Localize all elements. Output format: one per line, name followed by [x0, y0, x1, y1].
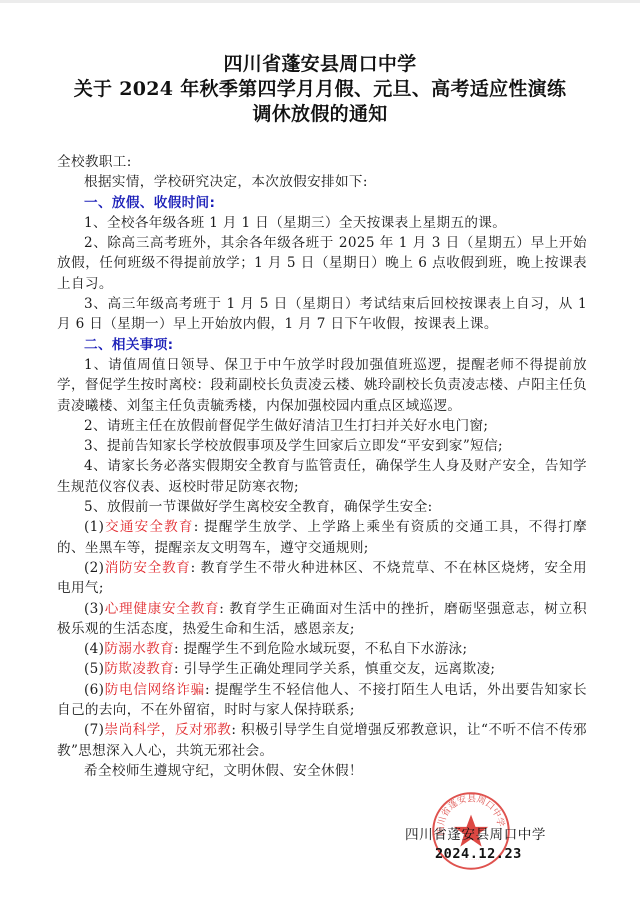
safety-num: (6) [84, 682, 104, 698]
safety-text: : 引导学生正确处理同学关系，慎重交友，远离欺凌; [174, 661, 495, 677]
safety-label: 交通安全教育 [104, 519, 193, 535]
safety-item: (7)崇尚科学，反对邪教: 积极引导学生自觉增强反邪教意识，让“不听不信不传邪教… [57, 720, 587, 761]
safety-item: (4)防溺水教育: 提醒学生不到危险水域玩耍，不私自下水游泳; [57, 639, 587, 659]
title-subject: 关于 2024 年秋季第四学月月假、元旦、高考适应性演练 [0, 77, 640, 102]
safety-label: 防欺凌教育 [104, 661, 174, 677]
safety-num: (3) [84, 601, 104, 617]
top-edge [0, 0, 640, 3]
safety-num: (4) [84, 641, 104, 657]
safety-item: (2)消防安全教育: 教育学生不带火种进林区、不烧荒草、不在林区烧烤，安全用电用… [57, 558, 587, 599]
section2-item: 1、请值周值日领导、保卫于中午放学时段加强值班巡逻，提醒老师不得提前放学，督促学… [57, 355, 587, 416]
title-notice: 调休放假的通知 [0, 102, 640, 127]
section1-item: 1、全校各年级各班 1 月 1 日（星期三）全天按课表上星期五的课。 [57, 213, 587, 233]
document-title: 四川省蓬安县周口中学 关于 2024 年秋季第四学月月假、元旦、高考适应性演练 … [0, 52, 640, 127]
section1-heading: 一、放假、收假时间: [57, 193, 587, 213]
section2-item: 2、请班主任在放假前督促学生做好清洁卫生打扫并关好水电门窗; [57, 416, 587, 436]
safety-item: (5)防欺凌教育: 引导学生正确处理同学关系，慎重交友，远离欺凌; [57, 659, 587, 679]
safety-item: (3)心理健康安全教育: 教育学生正确面对生活中的挫折，磨砺坚强意志，树立积极乐… [57, 599, 587, 640]
section2-item: 3、提前告知家长学校放假事项及学生回家后立即发“平安到家”短信; [57, 436, 587, 456]
title-school: 四川省蓬安县周口中学 [0, 52, 640, 77]
section2-item: 4、请家长务必落实假期安全教育与监管责任，确保学生人身及财产安全，告知学生规范仪… [57, 456, 587, 497]
safety-num: (2) [84, 560, 104, 576]
safety-label: 消防安全教育 [104, 560, 190, 576]
intro: 根据实情，学校研究决定，本次放假安排如下: [57, 172, 587, 192]
safety-label: 崇尚科学，反对邪教 [104, 722, 231, 738]
signature-org: 四川省蓬安县周口中学 [405, 823, 546, 843]
safety-text: : 提醒学生不到危险水域玩耍，不私自下水游泳; [174, 641, 467, 657]
safety-item: (6)防电信网络诈骗: 提醒学生不轻信他人、不接打陌生人电话，外出要告知家长自己… [57, 680, 587, 721]
safety-label: 防溺水教育 [104, 641, 174, 657]
safety-label: 防电信网络诈骗 [104, 682, 205, 698]
safety-label: 心理健康安全教育 [104, 601, 219, 617]
section2-heading: 二、相关事项: [57, 335, 587, 355]
section2-item: 5、放假前一节课做好学生离校安全教育，确保学生安全: [57, 497, 587, 517]
salutation: 全校教职工: [57, 152, 587, 172]
section1-item: 2、除高三高考班外，其余各年级各班于 2025 年 1 月 3 日（星期五）早上… [57, 233, 587, 294]
safety-num: (7) [84, 722, 104, 738]
safety-item: (1)交通安全教育: 提醒学生放学、上学路上乘坐有资质的交通工具，不得打摩的、坐… [57, 517, 587, 558]
safety-num: (1) [84, 519, 104, 535]
section1-item: 3、高三年级高考班于 1 月 5 日（星期日）考试结束后回校按课表上自习，从 1… [57, 294, 587, 335]
document-body: 全校教职工: 根据实情，学校研究决定，本次放假安排如下: 一、放假、收假时间: … [57, 152, 587, 781]
closing: 希全校师生遵规守纪，文明休假、安全休假！ [57, 761, 587, 781]
signature-date: 2024.12.23 [435, 846, 522, 862]
safety-num: (5) [84, 661, 104, 677]
